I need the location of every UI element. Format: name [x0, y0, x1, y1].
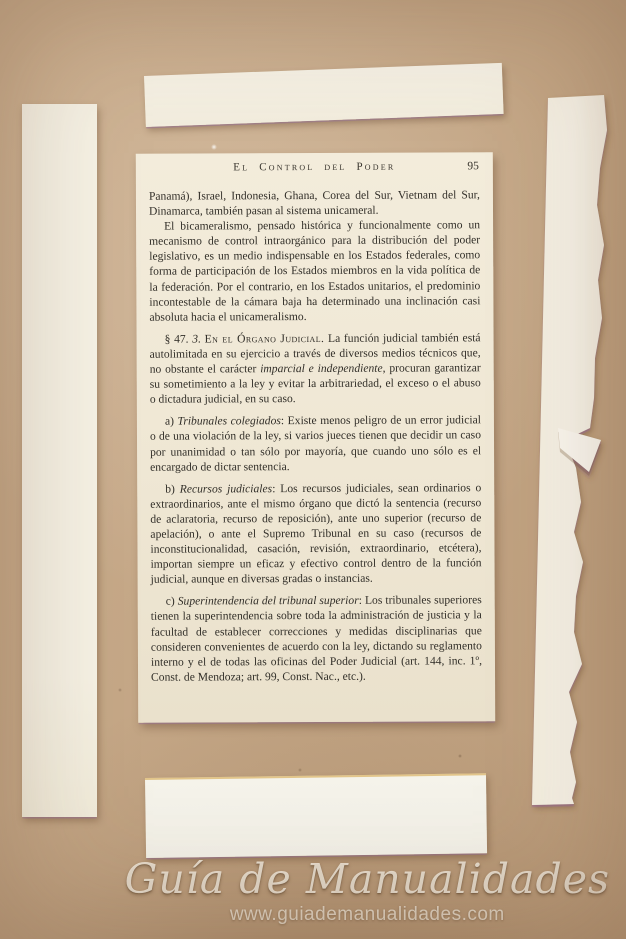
- paragraph: Panamá), Israel, Indonesia, Ghana, Corea…: [149, 187, 480, 219]
- paragraph: § 47. 3. En el Órgano Judicial. La funci…: [150, 330, 481, 407]
- paper-strip-bottom: [145, 773, 487, 858]
- paragraph: El bicameralismo, pensado histórica y fu…: [149, 217, 480, 324]
- watermark-title: Guía de Manualidades: [125, 857, 610, 901]
- page-number: 95: [467, 160, 479, 172]
- watermark: Guía de Manualidades www.guiademanualida…: [125, 857, 610, 927]
- paper-strip-left: [22, 104, 97, 817]
- paragraph: a) Tribunales colegiados: Existe menos p…: [150, 413, 481, 475]
- paper-strip-top: [144, 63, 504, 127]
- page-body: Panamá), Israel, Indonesia, Ghana, Corea…: [149, 187, 482, 684]
- paragraph: c) Superintendencia del tribunal superio…: [151, 593, 482, 685]
- photo-canvas: El Control del Poder 95 Panamá), Israel,…: [0, 0, 626, 939]
- book-page: El Control del Poder 95 Panamá), Israel,…: [136, 152, 495, 723]
- watermark-url: www.guiademanualidades.com: [125, 903, 610, 927]
- page-header: El Control del Poder 95: [149, 160, 480, 175]
- running-title: El Control del Poder: [233, 161, 395, 174]
- paper-strip-right-torn: [525, 92, 625, 816]
- paragraph: b) Recursos judiciales: Los recursos jud…: [150, 480, 481, 587]
